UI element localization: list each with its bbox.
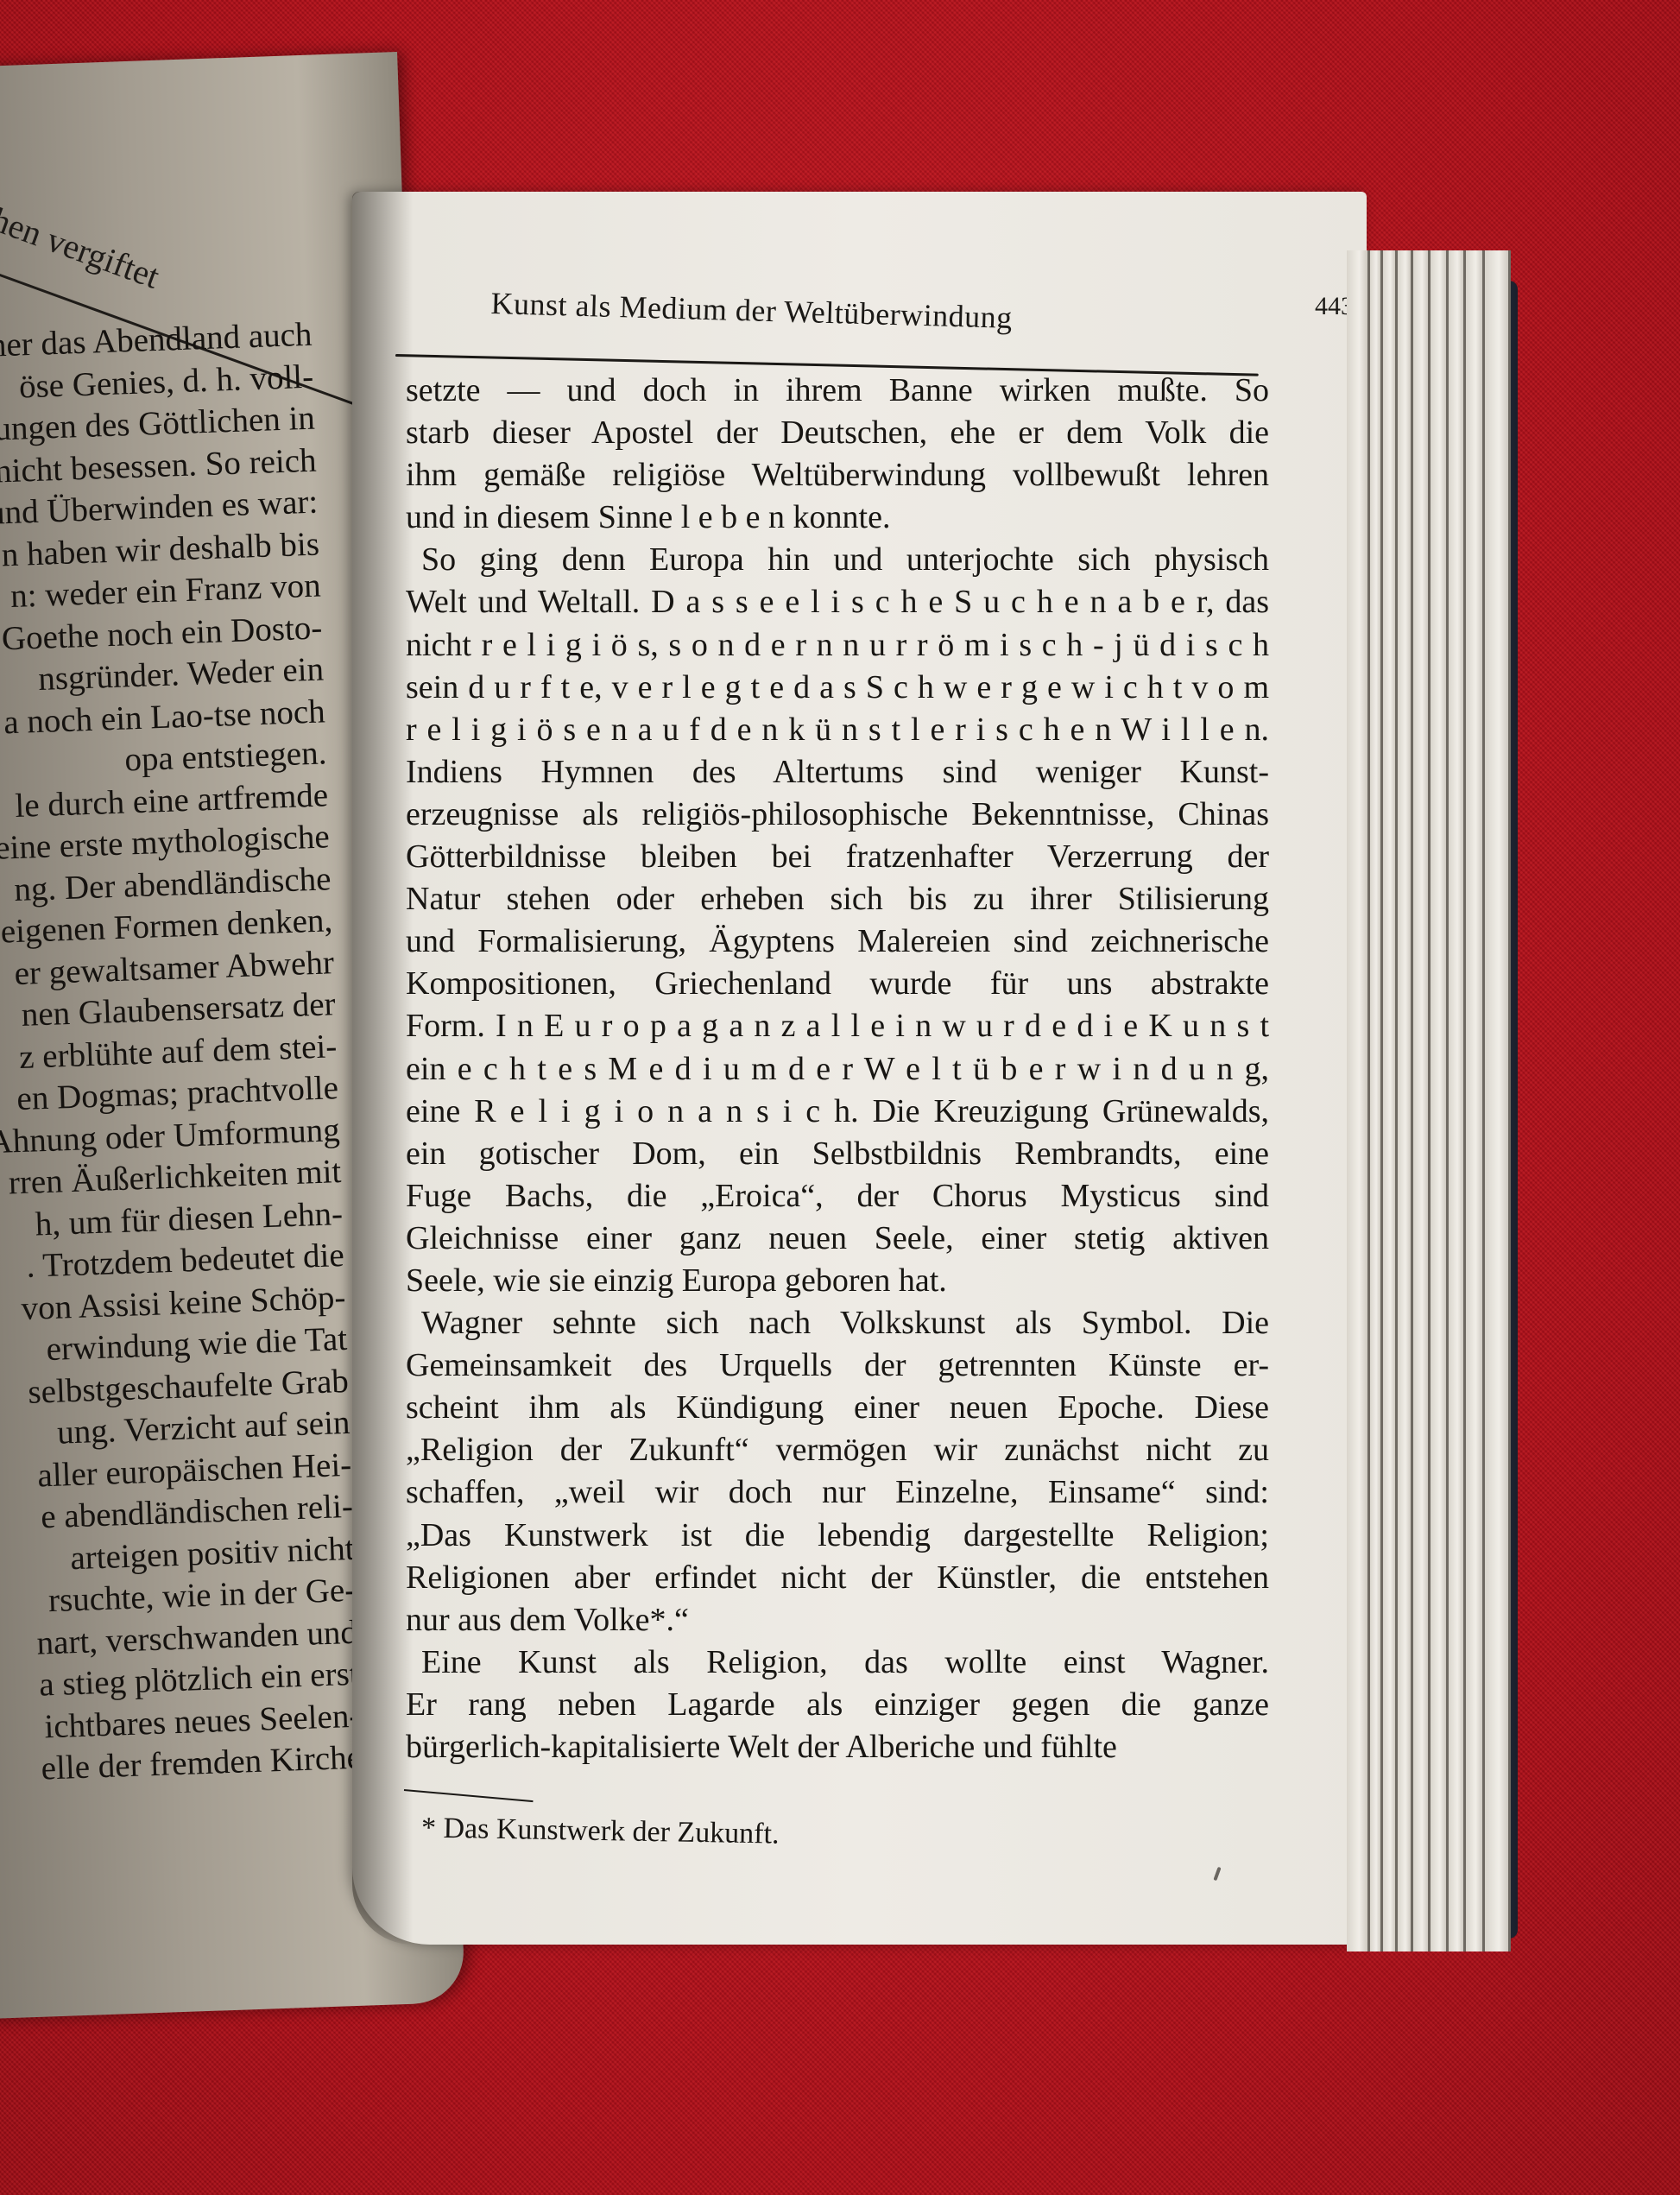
text-line: und Formalisierung, Ägyptens Malereien s… — [406, 920, 1269, 963]
text-line: Kompositionen, Griechenland wurde für un… — [406, 963, 1269, 1005]
text-line: ein e c h t e s M e d i u m d e r W e l … — [406, 1048, 1269, 1091]
text-line: Welt und Weltall. D a s s e e l i s c h … — [406, 581, 1269, 623]
text-line: „Das Kunstwerk ist die lebendig dargeste… — [406, 1515, 1269, 1557]
text-line: Fuge Bachs, die „Eroica“, der Chorus Mys… — [406, 1175, 1269, 1218]
text-line: scheint ihm als Kündigung einer neuen Ep… — [406, 1387, 1269, 1429]
page-leaf — [1485, 250, 1511, 1951]
text-line: Seele, wie sie einzig Europa geboren hat… — [406, 1260, 1269, 1302]
text-line: Wagner sehnte sich nach Volkskunst als S… — [406, 1302, 1269, 1344]
text-line: sein d u r f t e, v e r l e g t e d a s … — [406, 667, 1269, 709]
page-leaf — [1398, 250, 1413, 1951]
text-line: nur aus dem Volke*.“ — [406, 1599, 1269, 1642]
body-text: setzte — und doch in ihrem Banne wirken … — [406, 370, 1269, 1768]
text-line: eine R e l i g i o n a n s i c h. Die Kr… — [406, 1091, 1269, 1133]
text-line: erzeugnisse als religiös-philosophische … — [406, 794, 1269, 836]
page-leaf — [1431, 250, 1448, 1951]
page-leaf — [1449, 250, 1466, 1951]
page-leaf — [1413, 250, 1431, 1951]
text-line: Indiens Hymnen des Altertums sind wenige… — [406, 751, 1269, 794]
text-line: starb dieser Apostel der Deutschen, ehe … — [406, 412, 1269, 454]
text-line: So ging denn Europa hin und unterjochte … — [406, 539, 1269, 581]
text-line: setzte — und doch in ihrem Banne wirken … — [406, 370, 1269, 412]
text-line: Natur stehen oder erheben sich bis zu ih… — [406, 878, 1269, 920]
text-line: bürgerlich-kapitalisierte Welt der Alber… — [406, 1726, 1269, 1768]
footnote: * Das Kunstwerk der Zukunft. — [421, 1812, 780, 1850]
text-line: Gleichnisse einer ganz neuen Seele, eine… — [406, 1218, 1269, 1260]
text-line: ein gotischer Dom, ein Selbstbildnis Rem… — [406, 1133, 1269, 1175]
text-line: schaffen, „weil wir doch nur Einzelne, E… — [406, 1471, 1269, 1514]
page-leaf — [1466, 250, 1485, 1951]
page-leaf — [1383, 250, 1398, 1951]
gutter-shadow — [352, 192, 413, 1945]
text-line: und in diesem Sinne l e b e n konnte. — [406, 497, 1269, 539]
text-line: Eine Kunst als Religion, das wollte eins… — [406, 1642, 1269, 1684]
text-line: „Religion der Zukunft“ vermögen wir zunä… — [406, 1429, 1269, 1471]
text-line: nicht r e l i g i ö s, s o n d e r n n u… — [406, 624, 1269, 667]
text-line: r e l i g i ö s e n a u f d e n k ü n s … — [406, 709, 1269, 751]
text-line: Götterbildnisse bleiben bei fratzenhafte… — [406, 836, 1269, 878]
footnote-rule — [404, 1789, 534, 1802]
text-line: Gemeinsamkeit des Urquells der getrennte… — [406, 1344, 1269, 1387]
running-head: Kunst als Medium der Weltüberwindung 443 — [490, 285, 1354, 321]
paper-mark — [1213, 1867, 1221, 1881]
left-page-text: nner das Abendland auchöse Genies, d. h.… — [0, 314, 363, 1797]
text-line: Religionen aber erfindet nicht der Künst… — [406, 1557, 1269, 1599]
photo-scene: uchen vergiftet nner das Abendland auchö… — [0, 0, 1680, 2195]
page-leaf — [1347, 250, 1370, 1951]
text-line: ihm gemäße religiöse Weltüberwindung vol… — [406, 454, 1269, 497]
text-line: Er rang neben Lagarde als einziger gegen… — [406, 1684, 1269, 1726]
running-title: Kunst als Medium der Weltüberwindung — [490, 285, 1013, 336]
page-stack — [1347, 250, 1511, 1951]
text-line: Form. I n E u r o p a g a n z a l l e i … — [406, 1005, 1269, 1047]
right-page: Kunst als Medium der Weltüberwindung 443… — [352, 192, 1367, 1945]
page-leaf — [1370, 250, 1383, 1951]
